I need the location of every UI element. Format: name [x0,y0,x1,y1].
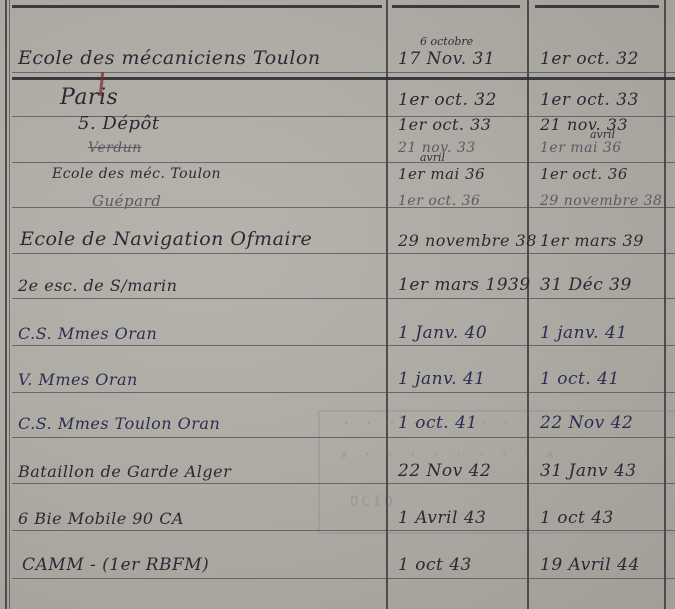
to-date-cell: 1er oct. 32 [540,49,639,69]
ledger-page: · · · · · · · · · · × · · · · · · · · × … [0,0,675,609]
row-rule [12,298,675,299]
row-rule [12,578,675,579]
from-date-cell: 17 Nov. 31 [398,49,495,69]
row-rule [12,345,675,346]
from-date-cell: 1er oct. 36 [398,193,480,209]
left-margin-line-inner [9,0,10,609]
to-date-cell: 1er mai 36 [540,140,622,156]
from-date-cell: 22 Nov 42 [398,461,491,481]
row-rule [12,483,675,484]
unit-cell: Paris [60,85,118,110]
to-date-cell: 1 oct 43 [540,508,614,528]
unit-cell: CAMM - (1er RBFM) [22,555,209,575]
from-date-cell: 1er oct. 33 [398,115,491,134]
unit-cell: Ecole des mécaniciens Toulon [18,47,321,69]
to-date-cell: 1er oct. 36 [540,165,628,183]
row-rule [12,392,675,393]
unit-cell: 2e esc. de S/marin [18,276,177,295]
unit-cell: V. Mmes Oran [18,370,138,389]
unit-cell: Guépard [92,192,161,210]
row-rule [12,162,675,163]
to-date-cell: 31 Déc 39 [540,275,632,295]
from-date-cell: 1er oct. 32 [398,90,497,110]
top-rule [12,5,382,8]
from-date-correction: avril [420,151,445,164]
to-date-correction: avril [590,128,615,141]
to-date-cell: 1er oct. 33 [540,90,639,110]
to-date-cell: 1 oct. 41 [540,369,620,389]
from-date-cell: 1er mai 36 [398,165,485,183]
to-date-cell: 1 janv. 41 [540,323,628,343]
to-date-cell: 31 Janv 43 [540,461,637,481]
from-date-cell: 1 oct 43 [398,555,472,575]
unit-cell: Bataillon de Garde Alger [18,462,231,481]
row-rule [12,253,675,254]
unit-cell: Ecole des méc. Toulon [52,166,221,182]
unit-cell: C.S. Mmes Toulon Oran [18,414,220,433]
unit-cell: Ecole de Navigation Ofmaire [20,228,312,250]
unit-cell: C.S. Mmes Oran [18,324,157,343]
row-rule [12,72,675,73]
from-date-cell: 1 janv. 41 [398,369,486,389]
from-date-cell: 1 Janv. 40 [398,323,487,343]
unit-cell: 6 Bie Mobile 90 CA [18,509,184,528]
from-date-cell: 1 oct. 41 [398,413,478,433]
from-date-cell: 29 novembre 38 [398,231,537,250]
to-date-cell: 1er mars 39 [540,231,644,250]
to-date-cell: 29 novembre 38 [540,193,662,209]
row-rule [12,530,675,531]
from-date-cell: 1 Avril 43 [398,508,486,528]
stamp-text: OCIO [350,494,396,510]
unit-cell: 5. Dépôt [78,113,160,134]
to-date-cell: 19 Avril 44 [540,555,640,575]
header-bottom-rule [12,77,675,80]
from-date-correction: 6 octobre [420,35,473,48]
from-date-cell: 1er mars 1939 [398,275,531,295]
unit-cell: Verdun [88,140,142,156]
to-date-cell: 22 Nov 42 [540,413,633,433]
left-margin-line [5,0,7,609]
row-rule [12,437,675,438]
